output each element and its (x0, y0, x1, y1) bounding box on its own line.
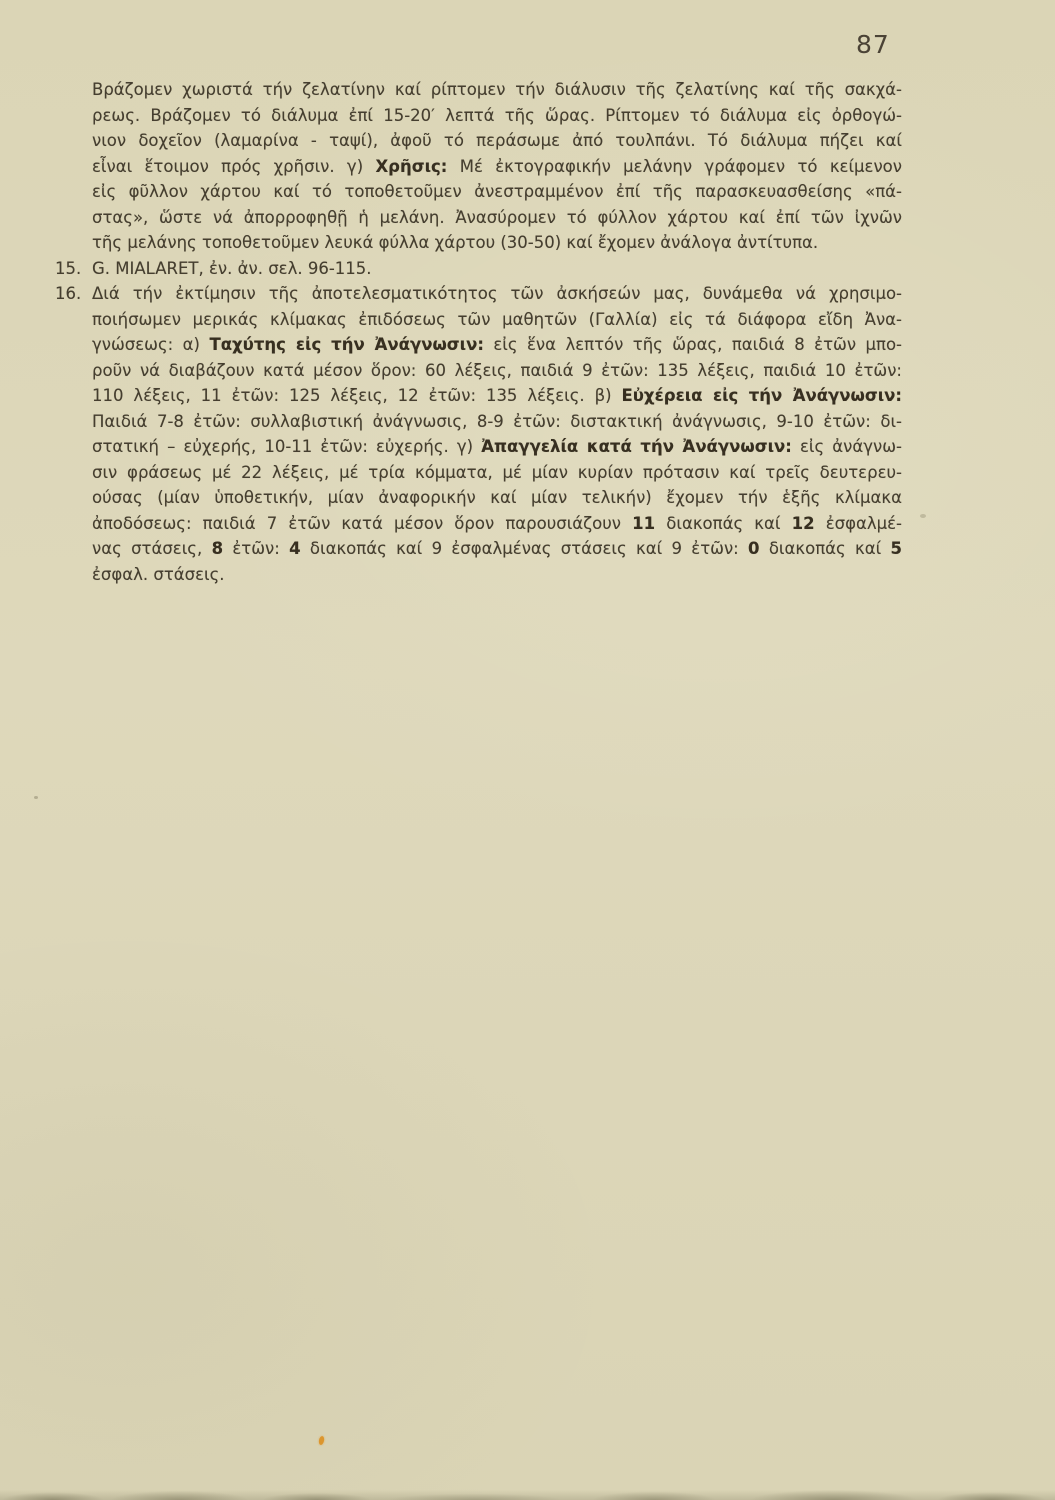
list-item-16: 16.Διά τήν ἐκτίμησιν τῆς ἀποτελεσματικότ… (92, 281, 902, 587)
bold-text-segment: Ταχύτης εἰς τήν Ἀνάγνωσιν: (209, 335, 483, 354)
text-line: ροῦν νά διαβάζουν κατά μέσον ὅρον: 60 λέ… (92, 358, 902, 384)
text-segment: Παιδιά 7-8 ἐτῶν: συλλαβιστική ἀνάγνωσις,… (92, 412, 902, 431)
item-number: 15. (55, 256, 89, 282)
bold-text-segment: 11 (632, 514, 655, 533)
text-content: Βράζομεν χωριστά τήν ζελατίνην καί ρίπτο… (92, 77, 902, 587)
bold-text-segment: Ἀπαγγελία κατά τήν Ἀνάγνωσιν: (481, 437, 792, 456)
text-segment: ἐτῶν: (223, 539, 289, 558)
text-segment: εἶναι ἕτοιμον πρός χρῆσιν. γ) (92, 157, 375, 176)
text-segment: διακοπάς καί (655, 514, 791, 533)
text-segment: εἰς ἕνα λεπτόν τῆς ὥρας, παιδιά 8 ἐτῶν μ… (484, 335, 902, 354)
text-segment: εἰς ἀνάγνω- (792, 437, 902, 456)
text-line: ἀποδόσεως: παιδιά 7 ἐτῶν κατά μέσον ὅρον… (92, 511, 902, 537)
scan-speck (318, 1436, 325, 1446)
text-segment: 110 λέξεις, 11 ἐτῶν: 125 λέξεις, 12 ἐτῶν… (92, 386, 622, 405)
text-line: ούσας (μίαν ὑποθετικήν, μίαν ἀναφορικήν … (92, 485, 902, 511)
bold-text-segment: 0 (748, 539, 759, 558)
text-segment: σιν φράσεως μέ 22 λέξεις, μέ τρία κόμματ… (92, 463, 902, 482)
page-bottom-edge-shadow (0, 1484, 1055, 1500)
text-segment: εἰς φῦλλον χάρτου καί τό τοποθετοῦμεν ἀν… (92, 182, 902, 201)
text-segment: Διά τήν ἐκτίμησιν τῆς ἀποτελεσματικότητο… (92, 284, 902, 303)
bold-text-segment: 8 (212, 539, 223, 558)
text-line: εἰς φῦλλον χάρτου καί τό τοποθετοῦμεν ἀν… (92, 179, 902, 205)
text-line: νιον δοχεῖον (λαμαρίνα - ταψί), ἀφοῦ τό … (92, 128, 902, 154)
text-segment: ρεως. Βράζομεν τό διάλυμα ἐπί 15-20′ λεπ… (92, 106, 902, 125)
bold-text-segment: Χρῆσις: (375, 157, 447, 176)
text-segment: ἀποδόσεως: παιδιά 7 ἐτῶν κατά μέσον ὅρον… (92, 514, 632, 533)
text-segment: ούσας (μίαν ὑποθετικήν, μίαν ἀναφορικήν … (92, 488, 902, 507)
bold-text-segment: 4 (289, 539, 300, 558)
text-segment: ἐσφαλ. στάσεις. (92, 565, 225, 584)
bold-text-segment: 12 (792, 514, 815, 533)
text-segment: γνώσεως: α) (92, 335, 209, 354)
text-segment: διακοπάς καί (760, 539, 891, 558)
bold-text-segment: Εὐχέρεια εἰς τήν Ἀνάγνωσιν: (622, 386, 902, 405)
text-segment: ροῦν νά διαβάζουν κατά μέσον ὅρον: 60 λέ… (92, 361, 902, 380)
text-line: τῆς μελάνης τοποθετοῦμεν λευκά φύλλα χάρ… (92, 230, 902, 256)
text-line: ποιήσωμεν μερικάς κλίμακας ἐπιδόσεως τῶν… (92, 307, 902, 333)
text-line: στας», ὥστε νά ἀπορροφηθῇ ἡ μελάνη. Ἀνασ… (92, 205, 902, 231)
text-line: ἐσφαλ. στάσεις. (92, 562, 902, 588)
text-segment: νιον δοχεῖον (λαμαρίνα - ταψί), ἀφοῦ τό … (92, 131, 902, 150)
scan-speck (920, 514, 926, 518)
text-line: σιν φράσεως μέ 22 λέξεις, μέ τρία κόμματ… (92, 460, 902, 486)
list-item-15: 15.G. MIALARET, ἐν. ἀν. σελ. 96-115. (92, 256, 902, 282)
text-line: Διά τήν ἐκτίμησιν τῆς ἀποτελεσματικότητο… (92, 281, 902, 307)
text-segment: ποιήσωμεν μερικάς κλίμακας ἐπιδόσεως τῶν… (92, 310, 902, 329)
text-segment: στατική – εὐχερής, 10-11 ἐτῶν: εὐχερής. … (92, 437, 481, 456)
scanned-page: { "page": { "number": "87" }, "colors": … (0, 0, 1055, 1500)
paragraph-block: Βράζομεν χωριστά τήν ζελατίνην καί ρίπτο… (92, 77, 902, 256)
page-number: 87 (856, 30, 890, 59)
bold-text-segment: 5 (891, 539, 902, 558)
text-segment: νας στάσεις, (92, 539, 212, 558)
text-segment: τῆς μελάνης τοποθετοῦμεν λευκά φύλλα χάρ… (92, 233, 818, 252)
text-line: γνώσεως: α) Ταχύτης εἰς τήν Ἀνάγνωσιν: ε… (92, 332, 902, 358)
text-line: στατική – εὐχερής, 10-11 ἐτῶν: εὐχερής. … (92, 434, 902, 460)
text-segment: G. MIALARET, ἐν. ἀν. σελ. 96-115. (92, 259, 372, 278)
text-line: 110 λέξεις, 11 ἐτῶν: 125 λέξεις, 12 ἐτῶν… (92, 383, 902, 409)
text-line: Παιδιά 7-8 ἐτῶν: συλλαβιστική ἀνάγνωσις,… (92, 409, 902, 435)
text-line: ρεως. Βράζομεν τό διάλυμα ἐπί 15-20′ λεπ… (92, 103, 902, 129)
text-segment: διακοπάς καί 9 ἐσφαλμένας στάσεις καί 9 … (301, 539, 748, 558)
text-segment: ἐσφαλμέ- (815, 514, 902, 533)
scan-speck (34, 796, 38, 799)
text-line: εἶναι ἕτοιμον πρός χρῆσιν. γ) Χρῆσις: Μέ… (92, 154, 902, 180)
text-segment: Βράζομεν χωριστά τήν ζελατίνην καί ρίπτο… (92, 80, 902, 99)
text-segment: Μέ ἐκτογραφικήν μελάνην γράφομεν τό κείμ… (447, 157, 902, 176)
text-segment: στας», ὥστε νά ἀπορροφηθῇ ἡ μελάνη. Ἀνασ… (92, 208, 902, 227)
text-line: G. MIALARET, ἐν. ἀν. σελ. 96-115. (92, 256, 902, 282)
item-number: 16. (55, 281, 89, 307)
text-line: Βράζομεν χωριστά τήν ζελατίνην καί ρίπτο… (92, 77, 902, 103)
text-line: νας στάσεις, 8 ἐτῶν: 4 διακοπάς καί 9 ἐσ… (92, 536, 902, 562)
